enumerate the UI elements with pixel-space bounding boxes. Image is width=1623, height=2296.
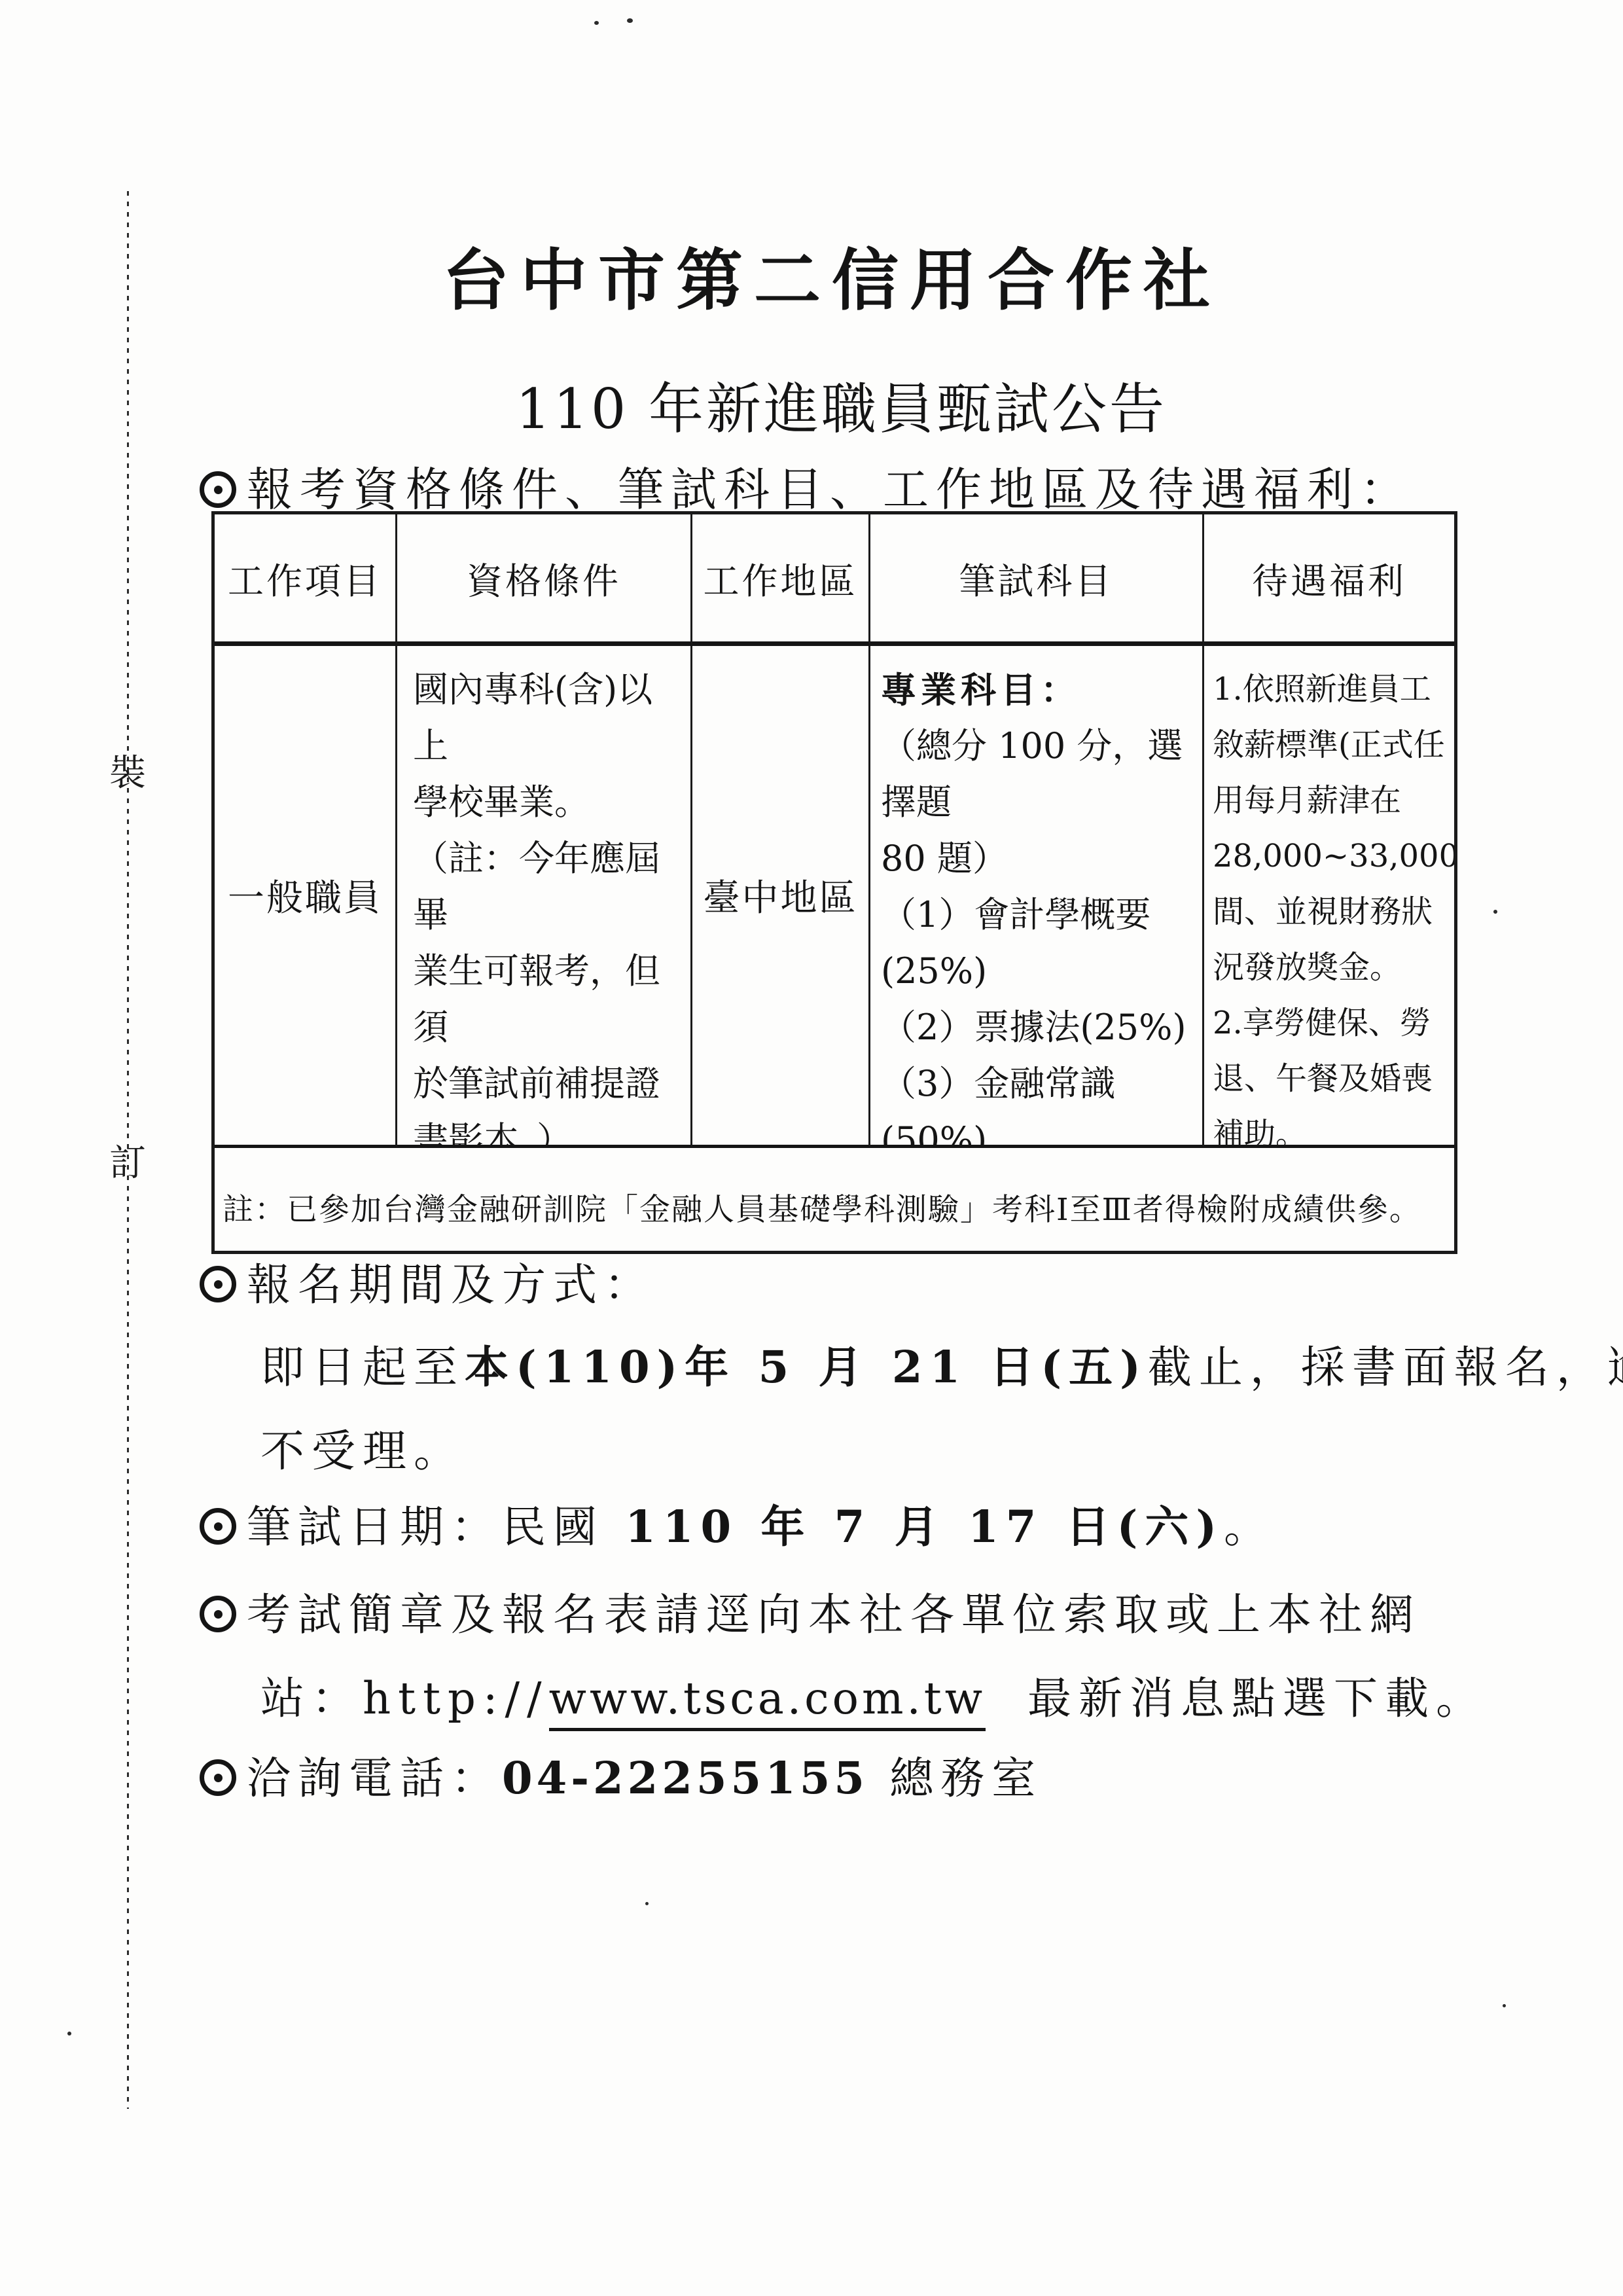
- website-url-prefix: 站：http://: [260, 1673, 549, 1724]
- brochure-line-text: 考試簡章及報名表請逕向本社各單位索取或上本社網: [247, 1589, 1421, 1640]
- column-header-exam-subjects: 筆試科目: [870, 514, 1204, 646]
- exam-date-pre: 筆試日期：民國: [247, 1501, 625, 1552]
- exam-date-value: 110 年 7 月 17 日(六): [625, 1501, 1224, 1552]
- cell-qualifications: 國內專科(含)以上 學校畢業。 （註：今年應屆畢 業生可報考，但須 於筆試前補提…: [397, 646, 692, 1148]
- registration-deadline-post: 截止，採書面報名，逾時恕: [1148, 1342, 1623, 1393]
- exam-date-post: 。: [1224, 1501, 1275, 1552]
- scan-speck: [645, 1902, 649, 1905]
- scan-speck: [1493, 910, 1497, 914]
- column-header-work-area: 工作地區: [692, 514, 870, 646]
- phone-office: 總務室: [889, 1753, 1043, 1804]
- cell-work-area: 臺中地區: [692, 646, 870, 1148]
- phone-line: 洽詢電話：04-22255155 總務室: [200, 1744, 1043, 1806]
- registration-deadline-line2: 不受理。: [260, 1416, 465, 1479]
- table-section-heading: 報考資格條件、筆試科目、工作地區及待遇福利：: [200, 453, 1413, 519]
- registration-period-heading-text: 報名期間及方式：: [247, 1259, 655, 1310]
- circled-dot-bullet-icon: [200, 1266, 236, 1302]
- brochure-line: 考試簡章及報名表請逕向本社各單位索取或上本社網: [200, 1580, 1421, 1643]
- scan-speck: [594, 21, 599, 25]
- page-title: 台中市第二信用合作社: [442, 228, 1221, 323]
- cell-exam-subjects: 專業科目： （總分 100 分，選擇題 80 題） （1）會計學概要(25%) …: [870, 646, 1204, 1148]
- registration-deadline-date: 本(110)年 5 月 21 日(五): [465, 1341, 1148, 1393]
- table-section-heading-text: 報考資格條件、筆試科目、工作地區及待遇福利：: [247, 463, 1413, 516]
- column-header-qualifications: 資格條件: [397, 514, 692, 646]
- page-subtitle: 110 年新進職員甄試公告: [516, 365, 1167, 444]
- recruitment-table: 工作項目 資格條件 工作地區 筆試科目 待遇福利 一般職員 國內專科(含)以上 …: [211, 511, 1457, 1254]
- circled-dot-bullet-icon: [200, 1596, 236, 1632]
- exam-date-line: 筆試日期：民國 110 年 7 月 17 日(六)。: [200, 1492, 1275, 1555]
- website-url: www.tsca.com.tw: [549, 1673, 986, 1731]
- website-line-tail: 最新消息點選下載。: [1027, 1673, 1487, 1724]
- exam-subjects-title: 專業科目：: [881, 662, 1200, 718]
- binding-mark-zhuang: 裝: [96, 753, 159, 795]
- binding-mark-ding: 訂: [96, 1143, 159, 1185]
- phone-number: 04-22255155: [502, 1752, 868, 1804]
- table-footnote: 註：已參加台灣金融研訓院「金融人員基礎學科測驗」考科Ⅰ至Ⅲ者得檢附成績供參。: [215, 1148, 1454, 1251]
- registration-period-heading: 報名期間及方式：: [200, 1250, 655, 1313]
- circled-dot-bullet-icon: [200, 1759, 236, 1796]
- website-line: 站：http://www.tsca.com.tw最新消息點選下載。: [260, 1664, 1487, 1727]
- scan-speck: [1503, 2004, 1506, 2007]
- circled-dot-bullet-icon: [200, 1508, 236, 1545]
- scanned-announcement-page: 裝 訂 台中市第二信用合作社 110 年新進職員甄試公告 報考資格條件、筆試科目…: [0, 0, 1623, 2296]
- column-header-job-item: 工作項目: [215, 514, 397, 646]
- circled-dot-bullet-icon: [200, 471, 236, 508]
- scan-speck: [627, 18, 633, 23]
- column-header-benefits: 待遇福利: [1204, 514, 1454, 646]
- cell-job-title: 一般職員: [215, 646, 397, 1148]
- registration-deadline-line: 即日起至本(110)年 5 月 21 日(五)截止，採書面報名，逾時恕: [260, 1333, 1623, 1395]
- scan-speck: [67, 2032, 71, 2036]
- exam-subjects-list: （總分 100 分，選擇題 80 題） （1）會計學概要(25%) （2）票據法…: [881, 718, 1200, 1148]
- phone-label: 洽詢電話：: [247, 1753, 502, 1804]
- registration-deadline-pre: 即日起至: [260, 1342, 465, 1393]
- cell-benefits: 1.依照新進員工 敘薪標準(正式任 用每月薪津在 28,000~33,000 間…: [1204, 646, 1454, 1148]
